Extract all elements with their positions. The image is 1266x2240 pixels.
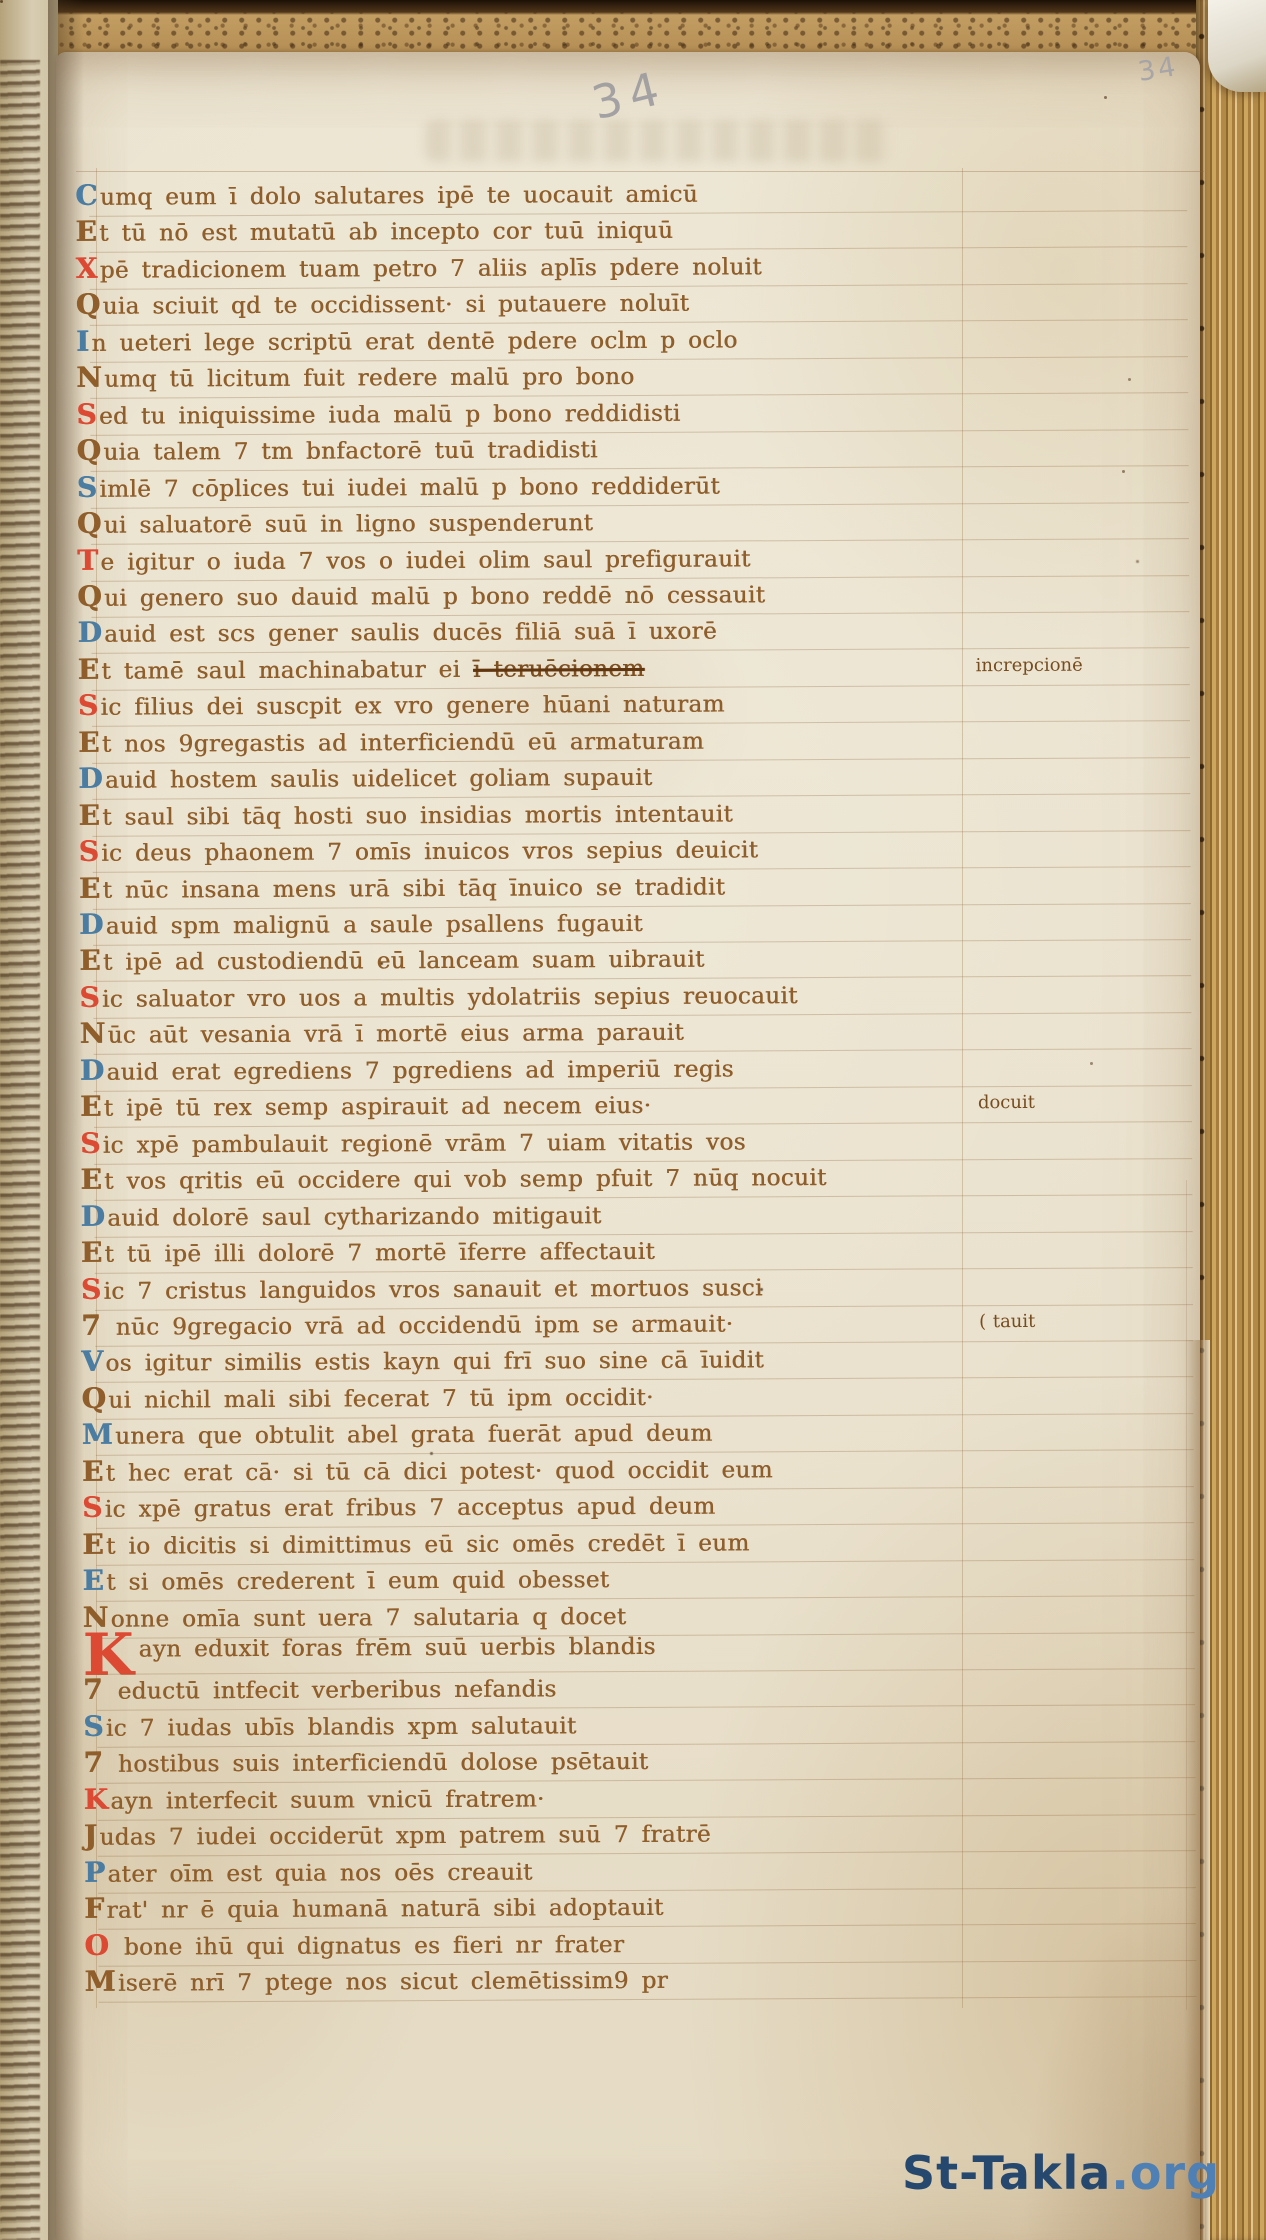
line-initial: E: [79, 944, 101, 977]
line-initial: E: [78, 726, 100, 759]
line-text: t io dicitis si dimittimus eū sic omēs c…: [106, 1530, 750, 1559]
manuscript-line: Te igitur o iuda 7 vos o iudei olim saul…: [77, 538, 1197, 580]
line-text: ui genero suo dauid malū p bono reddē nō…: [104, 582, 765, 611]
line-initial: C: [75, 179, 98, 212]
line-text: uia sciuit qd te occidissent· si putauer…: [102, 291, 689, 320]
manuscript-line: Sed tu iniquissime iuda malū p bono redd…: [76, 392, 1196, 434]
line-initial: Q: [76, 434, 101, 467]
line-text: ic 7 cristus languidos vros sanauit et m…: [103, 1275, 762, 1304]
manuscript-line: Nūc aūt vesania vrā ī mortē eius arma pa…: [79, 1011, 1199, 1053]
line-text: umq eum ī dolo salutares ipē te uocauit …: [100, 182, 698, 211]
manuscript-line: In ueteri lege scriptū erat dentē pdere …: [76, 319, 1196, 361]
line-text: imlē 7 cōplices tui iudei malū p bono re…: [99, 473, 720, 502]
line-text: os igitur similis estis kayn qui frī suo…: [105, 1348, 764, 1377]
line-initial: S: [80, 1126, 101, 1159]
manuscript-line: Qui genero suo dauid malū p bono reddē n…: [77, 574, 1197, 616]
manuscript-line: Xpē tradicionem tuam petro 7 aliis aplīs…: [75, 246, 1195, 288]
line-initial: E: [79, 871, 101, 904]
line-text: t vos qritis eū occidere qui vob semp pf…: [104, 1165, 827, 1195]
manuscript-line: Miserē nrī 7 ptege nos sicut clemētissim…: [84, 1959, 1204, 2001]
line-initial: E: [82, 1527, 104, 1560]
line-text: ic saluator vro uos a multis ydolatriis …: [102, 983, 798, 1013]
line-initial: V: [81, 1345, 103, 1378]
manuscript-photo: 34 34 Cumq eum ī dolo salutares ipē te u…: [0, 0, 1266, 2240]
line-text: e igitur o iuda 7 vos o iudei olim saul …: [100, 546, 750, 575]
line-initial: J: [84, 1819, 98, 1852]
manuscript-line: Sic 7 cristus languidos vros sanauit et …: [81, 1267, 1201, 1309]
line-text: hostibus suis interficiendū dolose psēta…: [105, 1749, 648, 1778]
line-text: auid dolorē saul cytharizando mitigauit: [107, 1203, 601, 1232]
manuscript-line: Qui saluatorē suū in ligno suspenderunt: [77, 501, 1197, 543]
line-initial: S: [77, 470, 98, 503]
manuscript-line: Dauid est scs gener saulis ducēs filiā s…: [77, 610, 1197, 652]
line-text: ic filius dei suscpit ex vro genere hūan…: [100, 692, 724, 721]
manuscript-line: Et io dicitis si dimittimus eū sic omēs …: [82, 1522, 1202, 1564]
line-initial: E: [78, 798, 100, 831]
watermark-suffix: .org: [1111, 2146, 1220, 2200]
line-text: ic deus phaonem 7 omīs inuicos vros sepi…: [101, 837, 758, 866]
line-initial: F: [84, 1892, 104, 1925]
line-text: t ipē tū rex semp aspirauit ad necem eiu…: [104, 1093, 652, 1122]
line-text: ayn eduxit foras frēm suū uerbis blandis: [139, 1634, 656, 1663]
line-text: ayn interfecit suum vnicū fratrem·: [110, 1786, 544, 1814]
manuscript-line: Numq tū licitum fuit redere malū pro bon…: [76, 355, 1196, 397]
margin-note: docuit: [978, 1092, 1035, 1113]
line-text: t nūc insana mens urā sibi tāq īnuico se…: [102, 874, 725, 903]
line-text: ūc aūt vesania vrā ī mortē eius arma par…: [107, 1020, 684, 1049]
manuscript-line: Judas 7 iudei occiderūt xpm patrem suū 7…: [84, 1813, 1204, 1855]
manuscript-line: Qui nichil mali sibi fecerat 7 tū ipm oc…: [81, 1376, 1201, 1418]
manuscript-line: Quia sciuit qd te occidissent· si putaue…: [76, 282, 1196, 324]
line-text: ic xpē pambulauit regionē vrām 7 uiam vi…: [103, 1129, 746, 1158]
line-initial: S: [81, 1272, 102, 1305]
line-initial: E: [81, 1236, 103, 1269]
line-text: auid est scs gener saulis ducēs filiā su…: [104, 619, 717, 648]
watermark-primary: St-Takla: [902, 2146, 1111, 2200]
line-initial: D: [78, 762, 103, 795]
manuscript-line: Et saul sibi tāq hosti suo insidias mort…: [78, 793, 1198, 835]
line-text: ui saluatorē suū in ligno suspenderunt: [104, 510, 594, 539]
line-text: t tū nō est mutatū ab incepto cor tuū in…: [99, 218, 673, 247]
manuscript-line: Kayn eduxit foras frēm suū uerbis blandi…: [83, 1631, 1203, 1673]
line-text: ed tu iniquissime iuda malū p bono reddi…: [99, 400, 681, 429]
line-initial: D: [77, 616, 102, 649]
line-initial: S: [83, 1710, 104, 1743]
line-initial: N: [79, 1017, 105, 1050]
line-initial: 7: [81, 1309, 101, 1342]
line-initial: P: [84, 1855, 106, 1888]
line-text: auid erat egrediens 7 pgrediens ad imper…: [106, 1056, 734, 1085]
manuscript-line: Sic 7 iudas ubīs blandis xpm salutauit: [83, 1704, 1203, 1746]
manuscript-line: Sic filius dei suscpit ex vro genere hūa…: [78, 683, 1198, 725]
line-initial: S: [79, 981, 100, 1014]
line-text: pē tradicionem tuam petro 7 aliis aplīs …: [100, 254, 762, 283]
manuscript-line: O bone ihū qui dignatus es fieri nr frat…: [84, 1923, 1204, 1965]
line-initial: M: [84, 1965, 116, 1998]
line-initial: E: [82, 1564, 104, 1597]
line-initial: Q: [77, 580, 102, 613]
line-initial: 7: [83, 1746, 103, 1779]
line-initial: I: [76, 325, 90, 358]
line-initial: M: [82, 1418, 114, 1451]
line-text: t tū ipē illi dolorē 7 mortē īferre affe…: [104, 1239, 655, 1268]
line-text: t si omēs crederent ī eum quid obesset: [106, 1567, 609, 1596]
manuscript-line: Et hec erat cā· si tū cā dici potest· qu…: [82, 1449, 1202, 1491]
manuscript-line: Sic xpē pambulauit regionē vrām 7 uiam v…: [80, 1121, 1200, 1163]
line-initial: Q: [77, 507, 102, 540]
line-text: auid hostem saulis uidelicet goliam supa…: [105, 765, 653, 794]
manuscript-line: Sic saluator vro uos a multis ydolatriis…: [79, 975, 1199, 1017]
manuscript-line: Et tū nō est mutatū ab incepto cor tuū i…: [75, 209, 1195, 251]
line-initial: K: [83, 1783, 108, 1816]
line-initial: E: [80, 1163, 102, 1196]
manuscript-line: Nonne omīa sunt uera 7 salutaria q docet: [83, 1595, 1203, 1637]
manuscript-line: 7 eductū intfecit verberibus nefandis: [83, 1667, 1203, 1709]
line-text: bone ihū qui dignatus es fieri nr frater: [111, 1932, 624, 1961]
line-initial: T: [77, 543, 98, 576]
manuscript-line: Dauid spm malignū a saule psallens fugau…: [79, 902, 1199, 944]
manuscript-line: Frat' nr ē quia humanā naturā sibi adopt…: [84, 1886, 1204, 1928]
line-initial: E: [78, 653, 100, 686]
line-text: t saul sibi tāq hosti suo insidias morti…: [102, 801, 733, 830]
line-text: t ipē ad custodiendū eū lanceam suam uib…: [103, 947, 705, 976]
manuscript-line: Dauid dolorē saul cytharizando mitigauit: [80, 1194, 1200, 1236]
margin-note: ( tauit: [979, 1311, 1035, 1332]
line-text: umq tū licitum fuit redere malū pro bono: [104, 364, 634, 393]
line-initial: S: [82, 1491, 103, 1524]
line-initial: Q: [76, 288, 101, 321]
manuscript-line: Et vos qritis eū occidere qui vob semp p…: [80, 1157, 1200, 1199]
text-block: Cumq eum ī dolo salutares ipē te uocauit…: [0, 0, 1266, 2240]
line-initial: Q: [81, 1382, 106, 1415]
manuscript-line: Munera que obtulit abel grata fuerāt apu…: [82, 1412, 1202, 1454]
manuscript-line: Dauid erat egrediens 7 pgrediens ad impe…: [80, 1048, 1200, 1090]
line-initial: D: [80, 1199, 105, 1232]
line-initial: E: [75, 215, 97, 248]
line-text: rat' nr ē quia humanā naturā sibi adopta…: [106, 1895, 663, 1924]
line-text: auid spm malignū a saule psallens fugaui…: [106, 911, 643, 940]
line-text: ui nichil mali sibi fecerat 7 tū ipm occ…: [108, 1385, 654, 1414]
line-text: iserē nrī 7 ptege nos sicut clemētissim9…: [118, 1968, 668, 1997]
manuscript-line: Et nos 9gregastis ad interficiendū eū ar…: [78, 720, 1198, 762]
manuscript-line: Et nūc insana mens urā sibi tāq īnuico s…: [79, 866, 1199, 908]
struck-word: ī teruēcionem: [473, 656, 645, 683]
line-text: ic 7 iudas ubīs blandis xpm salutauit: [106, 1713, 577, 1741]
manuscript-line: Et si omēs crederent ī eum quid obesset: [82, 1558, 1202, 1600]
line-initial: X: [75, 252, 97, 285]
line-initial: S: [78, 689, 99, 722]
line-initial: 7: [83, 1673, 103, 1706]
manuscript-line: 7 hostibus suis interficiendū dolose psē…: [83, 1740, 1203, 1782]
line-text: n ueteri lege scriptū erat dentē pdere o…: [91, 327, 737, 356]
line-text: nūc 9gregacio vrā ad occidendū ipm se ar…: [103, 1311, 733, 1340]
manuscript-line: Quia talem 7 tm bnfactorē tuū tradidisti: [76, 428, 1196, 470]
manuscript-line: Et ipē ad custodiendū eū lanceam suam ui…: [79, 938, 1199, 980]
line-text: unera que obtulit abel grata fuerāt apud…: [115, 1421, 713, 1450]
manuscript-line: Dauid hostem saulis uidelicet goliam sup…: [78, 756, 1198, 798]
line-initial: S: [76, 397, 97, 430]
line-text: onne omīa sunt uera 7 salutaria q docet: [111, 1604, 627, 1633]
manuscript-line: 7 nūc 9gregacio vrā ad occidendū ipm se …: [81, 1303, 1201, 1345]
line-initial: N: [76, 361, 102, 394]
manuscript-line: Kayn interfecit suum vnicū fratrem·: [83, 1777, 1203, 1819]
manuscript-line: Simlē 7 cōplices tui iudei malū p bono r…: [77, 465, 1197, 507]
line-initial: D: [79, 908, 104, 941]
watermark: St-Takla.org: [902, 2146, 1220, 2200]
pencil-page-number-corner: 34: [1136, 51, 1181, 88]
line-text: eductū intfecit verberibus nefandis: [105, 1677, 557, 1705]
line-initial: D: [80, 1054, 105, 1087]
line-initial: O: [84, 1928, 109, 1961]
manuscript-line: Sic deus phaonem 7 omīs inuicos vros sep…: [79, 829, 1199, 871]
line-text: udas 7 iudei occiderūt xpm patrem suū 7 …: [99, 1822, 711, 1851]
manuscript-line: Et tamē saul machinabatur ei ī teruēcion…: [78, 647, 1198, 689]
line-text: ic xpē gratus erat fribus 7 acceptus apu…: [105, 1494, 716, 1523]
manuscript-line: Et ipē tū rex semp aspirauit ad necem ei…: [80, 1084, 1200, 1126]
margin-note: increpcionē: [976, 654, 1083, 676]
manuscript-line: Sic xpē gratus erat fribus 7 acceptus ap…: [82, 1485, 1202, 1527]
line-text: uia talem 7 tm bnfactorē tuū tradidisti: [103, 437, 598, 466]
line-initial: E: [82, 1455, 104, 1488]
line-initial: S: [79, 835, 100, 868]
line-initial: E: [80, 1090, 102, 1123]
line-text: ater oīm est quia nos oēs creauit: [107, 1859, 532, 1887]
line-text: t nos 9gregastis ad interficiendū eū arm…: [102, 728, 704, 757]
line-text: t tamē saul machinabatur ei: [101, 657, 473, 685]
line-text: t hec erat cā· si tū cā dici potest· quo…: [106, 1457, 773, 1486]
manuscript-line: Cumq eum ī dolo salutares ipē te uocauit…: [75, 173, 1195, 215]
manuscript-line: Et tū ipē illi dolorē 7 mortē īferre aff…: [81, 1230, 1201, 1272]
manuscript-line: Vos igitur similis estis kayn qui frī su…: [81, 1339, 1201, 1381]
manuscript-line: Pater oīm est quia nos oēs creauit: [84, 1850, 1204, 1892]
